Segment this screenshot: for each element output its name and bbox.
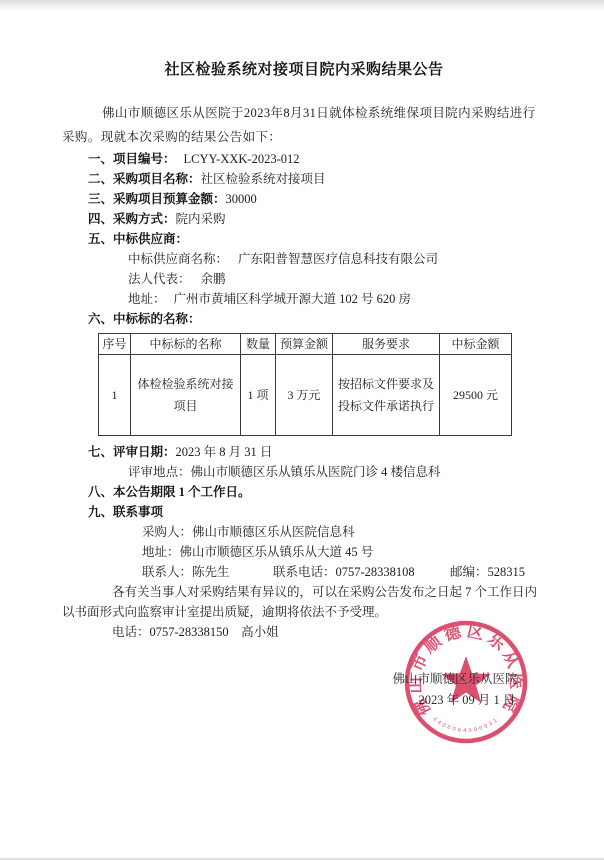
page-title: 社区检验系统对接项目院内采购结果公告 xyxy=(62,58,546,79)
item-value: 30000 xyxy=(226,192,257,206)
contact-person: 联系人：陈先生 xyxy=(142,562,273,582)
legal-representative-line: 法人代表：余鹏 xyxy=(62,269,546,289)
item-label: 一、项目编号： xyxy=(88,152,176,166)
scan-edge-shadow-top xyxy=(0,0,604,12)
purchaser-address-line: 地址：佛山市顺德区乐从镇乐从大道 45 号 xyxy=(62,542,546,562)
bid-result-table: 序号 中标标的名称 数量 预算金额 服务要求 中标金额 1 体检检验系统对接项目… xyxy=(98,333,512,436)
announcement-document: 社区检验系统对接项目院内采购结果公告 佛山市顺德区乐从医院于2023年8月31日… xyxy=(62,58,546,642)
seal-serial-container: 4406064500031 xyxy=(431,716,500,734)
purchaser-line: 采购人：佛山市顺德区乐从医院信息科 xyxy=(62,522,546,542)
field-value: 余鹏 xyxy=(201,272,226,286)
signature-block: 佛山市顺德区乐从医院 2023 年 09 月 1 日 xyxy=(388,669,522,711)
table-header-cell: 数量 xyxy=(241,334,276,355)
table-header-cell: 序号 xyxy=(99,334,131,355)
list-item-7: 七、评审日期：2023 年 8 月 31 日 xyxy=(62,442,546,462)
supplier-address-line: 地址：广州市黄埔区科学城开源大道 102 号 620 房 xyxy=(62,289,546,309)
table-cell: 1 xyxy=(99,355,131,436)
field-value: 广州市黄埔区科学城开源大道 102 号 620 房 xyxy=(174,292,412,306)
table-header-cell: 服务要求 xyxy=(333,334,440,355)
item-label: 五、中标供应商： xyxy=(88,232,188,246)
item-label: 六、中标标的名称： xyxy=(88,312,201,326)
list-item-2: 二、采购项目名称：社区检验系统对接项目 xyxy=(62,169,546,189)
signature-date: 2023 年 09 月 1 日 xyxy=(412,690,522,711)
contact-row: 联系人：陈先生 联系电话：0757-28338108 邮编：528315 xyxy=(62,562,546,582)
list-item-8: 八、本公告期限 1 个工作日。 xyxy=(62,482,546,502)
list-item-3: 三、采购项目预算金额：30000 xyxy=(62,189,546,209)
table-header-cell: 预算金额 xyxy=(276,334,333,355)
table-cell: 29500 元 xyxy=(440,355,512,436)
table-cell: 按招标文件要求及投标文件承诺执行 xyxy=(333,355,440,436)
item-value: 院内采购 xyxy=(176,212,226,226)
item-label: 四、采购方式： xyxy=(88,212,176,226)
list-item-9: 九、联系事项 xyxy=(62,502,546,522)
table-cell: 3 万元 xyxy=(276,355,333,436)
table-header-row: 序号 中标标的名称 数量 预算金额 服务要求 中标金额 xyxy=(99,334,512,355)
table-cell: 1 项 xyxy=(241,355,276,436)
item-label: 八、本公告期限 1 个工作日。 xyxy=(88,485,251,499)
table-header-cell: 中标金额 xyxy=(440,334,512,355)
field-value: 广东阳普智慧医疗信息科技有限公司 xyxy=(238,252,438,266)
supplier-name-line: 中标供应商名称：广东阳普智慧医疗信息科技有限公司 xyxy=(62,249,546,269)
item-value: 2023 年 8 月 31 日 xyxy=(176,445,273,459)
list-item-6: 六、中标标的名称： xyxy=(62,309,546,329)
review-place-line: 评审地点：佛山市顺德区乐从镇乐从医院门诊 4 楼信息科 xyxy=(62,462,546,482)
field-label: 中标供应商名称： xyxy=(128,252,228,266)
contact-phone: 联系电话：0757-28338108 xyxy=(273,562,450,582)
item-value: LCYY-XXK-2023-012 xyxy=(184,152,300,166)
contact-postcode: 邮编：528315 xyxy=(450,562,525,582)
table-header-cell: 中标标的名称 xyxy=(131,334,241,355)
list-item-1: 一、项目编号：LCYY-XXK-2023-012 xyxy=(62,149,546,169)
item-label: 二、采购项目名称： xyxy=(88,172,201,186)
intro-paragraph: 佛山市顺德区乐从医院于2023年8月31日就体检系统维保项目院内采购结进行采购。… xyxy=(62,101,546,149)
table-row: 1 体检检验系统对接项目 1 项 3 万元 按招标文件要求及投标文件承诺执行 2… xyxy=(99,355,512,436)
item-label: 三、采购项目预算金额： xyxy=(88,192,226,206)
seal-serial-number: 4406064500031 xyxy=(431,716,500,734)
item-label: 七、评审日期： xyxy=(88,445,176,459)
field-label: 法人代表： xyxy=(128,272,191,286)
list-item-4: 四、采购方式：院内采购 xyxy=(62,209,546,229)
signature-org: 佛山市顺德区乐从医院 xyxy=(388,669,522,690)
item-label: 九、联系事项 xyxy=(88,505,163,519)
table-cell: 体检检验系统对接项目 xyxy=(131,355,241,436)
item-value: 社区检验系统对接项目 xyxy=(201,172,326,186)
field-label: 地址： xyxy=(128,292,166,306)
list-item-5: 五、中标供应商： xyxy=(62,229,546,249)
